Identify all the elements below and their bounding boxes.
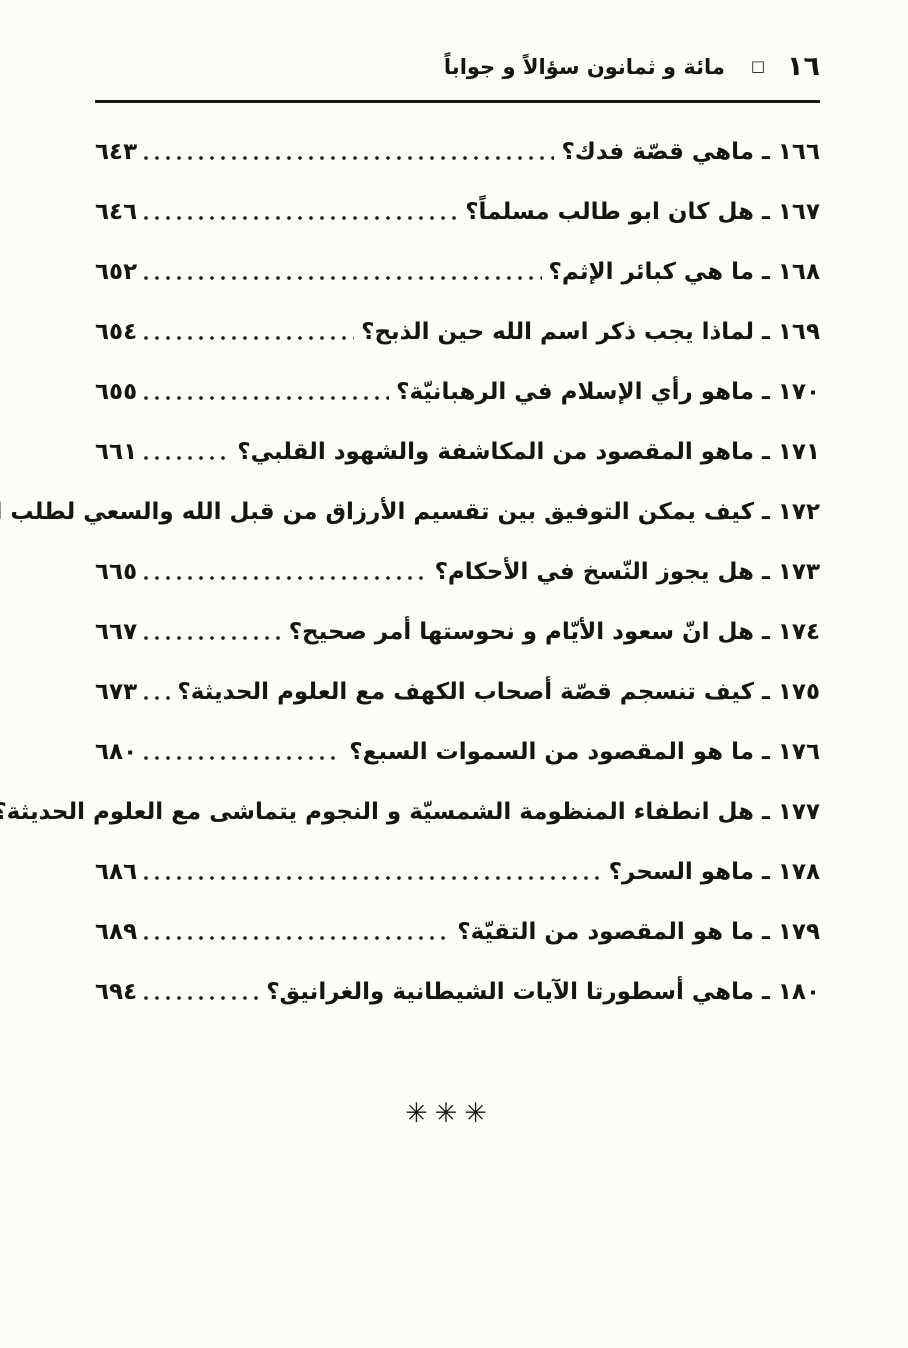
dotted-leader (144, 276, 541, 280)
toc-entry-page-number: ٦٥٤ (95, 317, 137, 348)
toc-entry: ١٧٢ ـ كيف يمكن التوفيق بين تقسيم الأرزاق… (95, 497, 820, 528)
toc-entry-label: ١٧٣ ـ هل يجوز النّسخ في الأحكام؟ (435, 557, 820, 588)
toc-entry-page-number: ٦٨٦ (95, 857, 137, 888)
toc-entry: ١٦٩ ـ لماذا يجب ذكر اسم الله حين الذبح؟٦… (95, 317, 820, 348)
toc-entry-label: ١٦٩ ـ لماذا يجب ذكر اسم الله حين الذبح؟ (361, 317, 820, 348)
toc-entry: ١٧١ ـ ماهو المقصود من المكاشفة والشهود ا… (95, 437, 820, 468)
toc-entry-label: ١٧٨ ـ ماهو السحر؟ (609, 857, 820, 888)
toc-entry-page-number: ٦٤٦ (95, 197, 137, 228)
book-page: ١٦ □ مائة و ثمانون سؤالاً و جواباً ١٦٦ ـ… (0, 0, 908, 1348)
dotted-leader (144, 576, 427, 580)
header-page-number: ١٦ (787, 50, 820, 84)
toc-entry-page-number: ٦٥٥ (95, 377, 137, 408)
toc-entry: ١٧٣ ـ هل يجوز النّسخ في الأحكام؟٦٦٥ (95, 557, 820, 588)
book-title: مائة و ثمانون سؤالاً و جواباً (444, 50, 725, 84)
toc-entry: ١٧٠ ـ ماهو رأي الإسلام في الرهبانيّة؟٦٥٥ (95, 377, 820, 408)
toc-entry-label: ١٧٠ ـ ماهو رأي الإسلام في الرهبانيّة؟ (396, 377, 820, 408)
toc-entry-page-number: ٦٨٠ (95, 737, 137, 768)
toc-entry: ١٦٦ ـ ماهي قصّة فدك؟٦٤٣ (95, 137, 820, 168)
toc-entry-page-number: ٦٦١ (95, 437, 137, 468)
dotted-leader (144, 216, 458, 220)
toc-entry-label: ١٦٧ ـ هل كان ابو طالب مسلماً؟ (465, 197, 820, 228)
toc-entry-page-number: ٦٦٧ (95, 617, 137, 648)
page-header: ١٦ □ مائة و ثمانون سؤالاً و جواباً (95, 50, 820, 103)
footer-ornament: ✳✳✳ (87, 1098, 812, 1129)
dotted-leader (144, 456, 230, 460)
toc-entry: ١٦٨ ـ ما هي كبائر الإثم؟٦٥٢ (95, 257, 820, 288)
dotted-leader (144, 396, 389, 400)
toc-list: ١٦٦ ـ ماهي قصّة فدك؟٦٤٣١٦٧ ـ هل كان ابو … (95, 137, 820, 1008)
toc-entry-label: ١٧٢ ـ كيف يمكن التوفيق بين تقسيم الأرزاق… (0, 497, 820, 528)
toc-entry-page-number: ٦٥٢ (95, 257, 137, 288)
square-bullet-icon: □ (751, 49, 765, 83)
toc-entry-label: ١٧٩ ـ ما هو المقصود من التقيّة؟ (457, 917, 820, 948)
toc-entry-page-number: ٦٧٣ (95, 677, 137, 708)
toc-entry: ١٧٦ ـ ما هو المقصود من السموات السبع؟٦٨٠ (95, 737, 820, 768)
toc-entry: ١٨٠ ـ ماهي أسطورتا الآيات الشيطانية والغ… (95, 977, 820, 1008)
dotted-leader (144, 936, 450, 940)
toc-entry-label: ١٦٨ ـ ما هي كبائر الإثم؟ (549, 257, 821, 288)
toc-entry-label: ١٧٦ ـ ما هو المقصود من السموات السبع؟ (349, 737, 820, 768)
toc-entry-label: ١٦٦ ـ ماهي قصّة فدك؟ (561, 137, 820, 168)
dotted-leader (144, 156, 554, 160)
dotted-leader (144, 696, 170, 700)
dotted-leader (144, 756, 342, 760)
toc-entry-label: ١٨٠ ـ ماهي أسطورتا الآيات الشيطانية والغ… (266, 977, 820, 1008)
toc-entry-page-number: ٦٤٣ (95, 137, 137, 168)
toc-entry-page-number: ٦٩٤ (95, 977, 137, 1008)
toc-entry: ١٧٩ ـ ما هو المقصود من التقيّة؟٦٨٩ (95, 917, 820, 948)
toc-entry-label: ١٧٧ ـ هل انطفاء المنظومة الشمسيّة و النج… (0, 797, 820, 828)
toc-entry-label: ١٧٤ ـ هل انّ سعود الأيّام و نحوستها أمر … (289, 617, 820, 648)
toc-entry: ١٧٨ ـ ماهو السحر؟٦٨٦ (95, 857, 820, 888)
dotted-leader (144, 996, 259, 1000)
toc-entry-page-number: ٦٦٥ (95, 557, 137, 588)
dotted-leader (144, 636, 282, 640)
toc-entry-page-number: ٦٨٩ (95, 917, 137, 948)
toc-entry: ١٧٧ ـ هل انطفاء المنظومة الشمسيّة و النج… (95, 797, 820, 828)
toc-entry: ١٦٧ ـ هل كان ابو طالب مسلماً؟٦٤٦ (95, 197, 820, 228)
toc-entry-label: ١٧٥ ـ كيف تنسجم قصّة أصحاب الكهف مع العل… (177, 677, 820, 708)
toc-entry: ١٧٥ ـ كيف تنسجم قصّة أصحاب الكهف مع العل… (95, 677, 820, 708)
toc-entry: ١٧٤ ـ هل انّ سعود الأيّام و نحوستها أمر … (95, 617, 820, 648)
toc-entry-label: ١٧١ ـ ماهو المقصود من المكاشفة والشهود ا… (237, 437, 820, 468)
dotted-leader (144, 876, 601, 880)
dotted-leader (144, 336, 354, 340)
